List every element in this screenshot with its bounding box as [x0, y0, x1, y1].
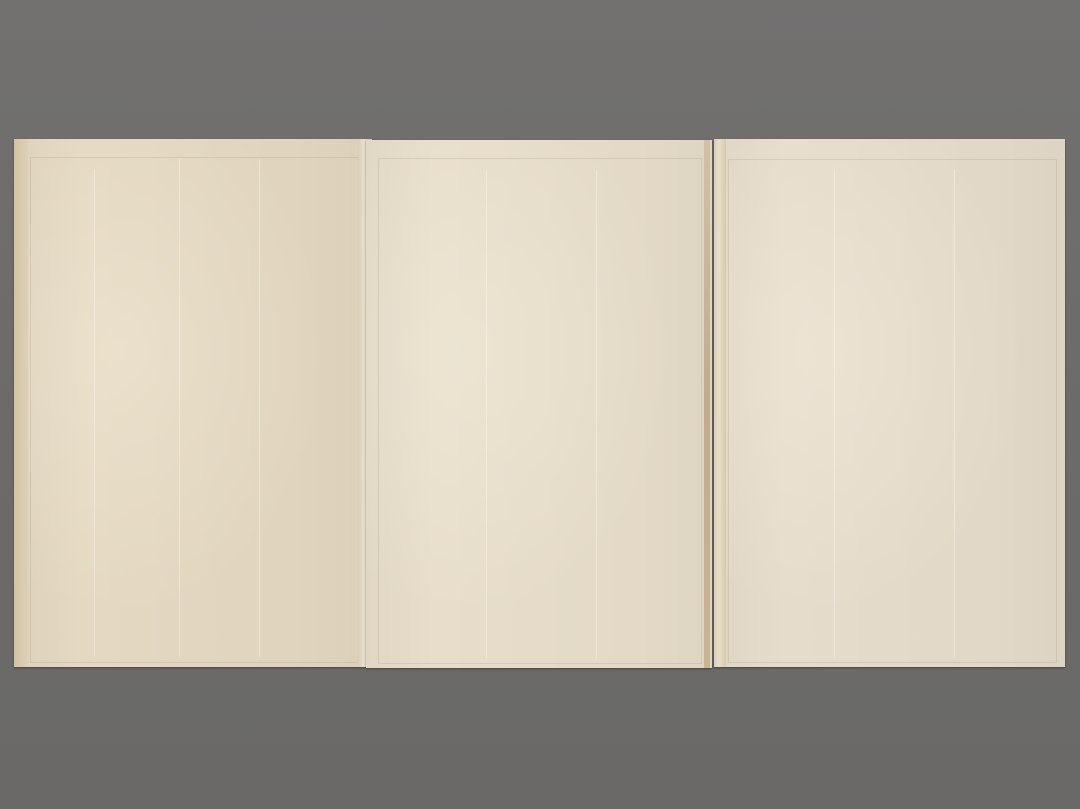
right-panel-frame: [728, 159, 1057, 663]
left-panel: [14, 139, 366, 667]
center-panel: [366, 140, 712, 668]
paper-triptych: [14, 139, 1065, 667]
fold-stain: [704, 140, 710, 668]
left-edge: [14, 139, 28, 667]
center-panel-frame: [378, 158, 702, 664]
right-fold: [714, 139, 726, 667]
left-panel-frame: [30, 157, 360, 663]
right-panel: [714, 139, 1065, 667]
